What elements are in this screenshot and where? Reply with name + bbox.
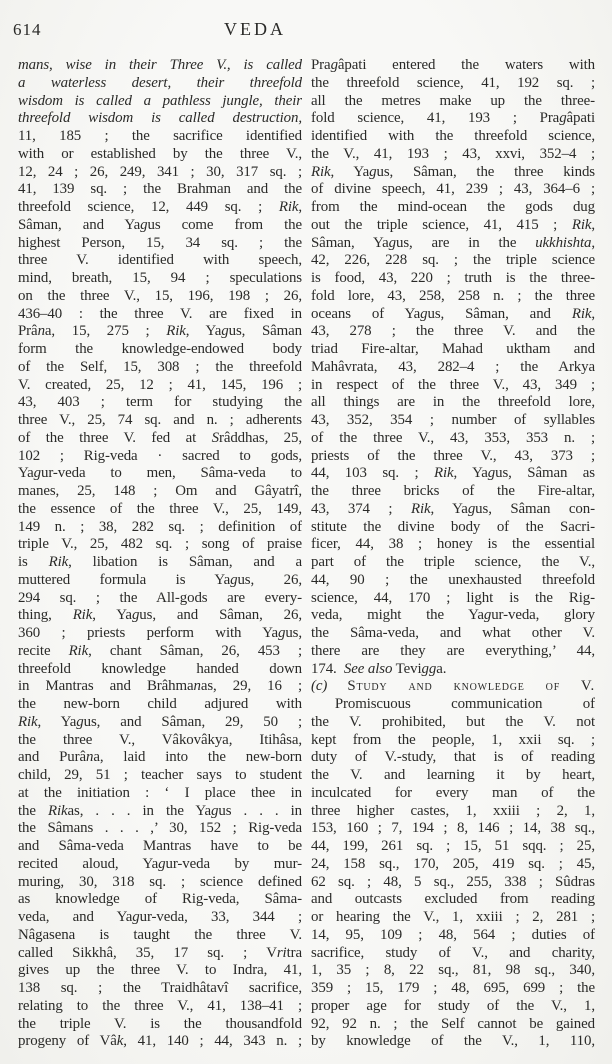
- text-line: 294 sq. ; the All-gods are every-: [18, 590, 302, 608]
- text-line: highest Person, 15, 34 sq. ; the: [18, 235, 302, 253]
- text-line: 42, 226, 228 sq. ; the triple science: [311, 252, 595, 270]
- text-line: triad Fire-altar, Mahad uktham and: [311, 341, 595, 359]
- text-line: of the three V., 43, 353, 353 n. ;: [311, 430, 595, 448]
- text-line: science, 44, 170 ; light is the Rig-: [311, 590, 595, 608]
- text-line: the threefold science, 41, 192 sq. ;: [311, 75, 595, 93]
- text-line: the V. and learning it by heart,: [311, 767, 595, 785]
- text-line: progeny of Vâk, 41, 140 ; 44, 343 n. ;: [18, 1033, 302, 1051]
- text-line: threefold science, 12, 449 sq. ; Rik,: [18, 199, 302, 217]
- text-line: is Rik, libation is Sâman, and a: [18, 554, 302, 572]
- text-line: priests of the three V., 43, 373 ;: [311, 448, 595, 466]
- text-line: of divine speech, 41, 239 ; 43, 364–6 ;: [311, 181, 595, 199]
- text-line: at the initiation : ‘ I place thee in: [18, 785, 302, 803]
- text-line: as knowledge of Rig-veda, Sâma-: [18, 891, 302, 909]
- text-line: veda, and Yagur-veda, 33, 344 ;: [18, 909, 302, 927]
- text-line: 153, 160 ; 7, 194 ; 8, 146 ; 14, 38 sq.,: [311, 820, 595, 838]
- text-line: 360 ; priests perform with Yagus,: [18, 625, 302, 643]
- text-line: 92, 92 n. ; the Self cannot be gained: [311, 1016, 595, 1034]
- text-line: part of the triple science, the V.,: [311, 554, 595, 572]
- text-line: Yagur-veda to men, Sâma-veda to: [18, 465, 302, 483]
- text-line: proper age for study of the V., 1,: [311, 998, 595, 1016]
- text-line: Rik, Yagus, and Sâman, 29, 50 ;: [18, 714, 302, 732]
- text-line: is food, 43, 220 ; truth is the three-: [311, 270, 595, 288]
- text-line: the V. prohibited, but the V. not: [311, 714, 595, 732]
- text-line: on the three V., 15, 196, 198 ; 26,: [18, 288, 302, 306]
- text-line: three V., 25, 74 sq. and n. ; adherents: [18, 412, 302, 430]
- text-line: 62 sq. ; 48, 5 sq., 255, 338 ; Sûdras: [311, 874, 595, 892]
- text-line: wisdom is called a pathless jungle, thei…: [18, 93, 302, 111]
- text-line: oceans of Yagus, Sâman, and Rik,: [311, 306, 595, 324]
- text-line: Promiscuous communication of: [311, 696, 595, 714]
- text-line: three higher castes, 1, xxiii ; 2, 1,: [311, 803, 595, 821]
- text-line: recited aloud, Yagur-veda by mur-: [18, 856, 302, 874]
- text-line: with or established by the three V.,: [18, 146, 302, 164]
- text-line: triple V., 25, 482 sq. ; song of praise: [18, 536, 302, 554]
- text-line: 436–40 : the three V. are fixed in: [18, 306, 302, 324]
- text-line: manes, 25, 148 ; Om and Gâyatrî,: [18, 483, 302, 501]
- text-line: or hearing the V., 1, xxiii ; 2, 281 ;: [311, 909, 595, 927]
- text-line: form the knowledge-endowed body: [18, 341, 302, 359]
- text-line: all things are in the threefold lore,: [311, 394, 595, 412]
- text-line: the new-born child adjured with: [18, 696, 302, 714]
- text-line: and outcasts excluded from reading: [311, 891, 595, 909]
- text-line: mans, wise in their Three V., is called: [18, 57, 302, 75]
- text-line: Sâman, Yagus, are in the ukkhishta,: [311, 235, 595, 253]
- text-columns: mans, wise in their Three V., is calleda…: [18, 57, 595, 1053]
- text-line: 41, 139 sq. ; the Brahman and the: [18, 181, 302, 199]
- text-line: in Mantras and Brâhmanas, 29, 16 ;: [18, 678, 302, 696]
- text-line: 44, 199, 261 sq. ; 15, 51 sqq. ; 25,: [311, 838, 595, 856]
- text-line: 138 sq. ; the Traidhâtavî sacrifice,: [18, 980, 302, 998]
- text-line: from the mind-ocean the gods dug: [311, 199, 595, 217]
- text-line: all the metres make up the three-: [311, 93, 595, 111]
- text-line: 149 n. ; 38, 282 sq. ; definition of: [18, 519, 302, 537]
- text-line: 44, 90 ; the unexhausted threefold: [311, 572, 595, 590]
- text-line: sacrifice, study of V., and charity,: [311, 945, 595, 963]
- text-line: the Rikas, . . . in the Yagus . . . in: [18, 803, 302, 821]
- text-line: muttered formula is Yagus, 26,: [18, 572, 302, 590]
- text-line: stitute the divine body of the Sacri-: [311, 519, 595, 537]
- text-line: inculcated for every man of the: [311, 785, 595, 803]
- text-line: duty of V.-study, that is of reading: [311, 749, 595, 767]
- text-line: kept from the people, 1, xxii sq. ;: [311, 732, 595, 750]
- text-line: three V. identified with speech,: [18, 252, 302, 270]
- text-line: and Purâna, laid into the new-born: [18, 749, 302, 767]
- text-line: gives up the three V. to Indra, 41,: [18, 962, 302, 980]
- text-line: 24, 158 sq., 170, 205, 419 sq. ; 45,: [311, 856, 595, 874]
- text-line: the Sâma-veda, and what other V.: [311, 625, 595, 643]
- text-line: 174. See also Tevigga.: [311, 661, 595, 679]
- text-line: 14, 95, 109 ; 48, 564 ; duties of: [311, 927, 595, 945]
- text-line: identified with the threefold science,: [311, 128, 595, 146]
- text-line: called Sikkhâ, 35, 17 sq. ; Vritra: [18, 945, 302, 963]
- text-line: fold science, 41, 193 ; Pragâpati: [311, 110, 595, 128]
- text-line: the Sâmans . . . ,’ 30, 152 ; Rig-veda: [18, 820, 302, 838]
- text-line: Prâna, 15, 275 ; Rik, Yagus, Sâman: [18, 323, 302, 341]
- text-line: veda, might the Yagur-veda, glory: [311, 607, 595, 625]
- text-line: the triple V. is the thousandfold: [18, 1016, 302, 1034]
- text-line: relating to the three V., 41, 138–41 ;: [18, 998, 302, 1016]
- text-line: the essence of the three V., 25, 149,: [18, 501, 302, 519]
- text-line: the three bricks of the Fire-altar,: [311, 483, 595, 501]
- text-line: Pragâpati entered the waters with: [311, 57, 595, 75]
- text-line: by knowledge of the V., 1, 110,: [311, 1033, 595, 1051]
- text-line: 43, 352, 354 ; number of syllables: [311, 412, 595, 430]
- text-line: 12, 24 ; 26, 249, 341 ; 30, 317 sq. ;: [18, 164, 302, 182]
- text-line: 102 ; Rig-veda · sacred to gods,: [18, 448, 302, 466]
- text-line: a waterless desert, their threefold: [18, 75, 302, 93]
- text-line: 359 ; 15, 179 ; 48, 695, 699 ; the: [311, 980, 595, 998]
- text-line: 43, 278 ; the three V. and the: [311, 323, 595, 341]
- text-line: there are they are everything,’ 44,: [311, 643, 595, 661]
- text-line: muring, 30, 318 sq. ; science defined: [18, 874, 302, 892]
- text-line: Rik, Yagus, Sâman, the three kinds: [311, 164, 595, 182]
- text-line: (c) Study and knowledge of V.: [311, 678, 595, 696]
- text-line: 43, 403 ; term for studying the: [18, 394, 302, 412]
- text-line: the three V., Vâkovâkya, Itihâsa,: [18, 732, 302, 750]
- text-line: mind, breath, 15, 94 ; speculations: [18, 270, 302, 288]
- text-line: thing, Rik, Yagus, and Sâman, 26,: [18, 607, 302, 625]
- running-head: VEDA: [189, 19, 321, 40]
- text-line: threefold wisdom is called destruction,: [18, 110, 302, 128]
- text-line: 43, 374 ; Rik, Yagus, Sâman con-: [311, 501, 595, 519]
- text-line: 11, 185 ; the sacrifice identified: [18, 128, 302, 146]
- text-line: Sâman, and Yagus come from the: [18, 217, 302, 235]
- text-line: child, 29, 51 ; teacher says to student: [18, 767, 302, 785]
- text-line: Mahâvrata, 43, 282–4 ; the Arkya: [311, 359, 595, 377]
- text-line: recite Rik, chant Sâman, 26, 453 ;: [18, 643, 302, 661]
- text-line: out the triple science, 41, 415 ; Rik,: [311, 217, 595, 235]
- text-line: threefold knowledge handed down: [18, 661, 302, 679]
- book-page: 614 VEDA mans, wise in their Three V., i…: [0, 0, 612, 1064]
- text-line: in respect of the three V., 43, 349 ;: [311, 377, 595, 395]
- text-line: ficer, 44, 38 ; honey is the essential: [311, 536, 595, 554]
- text-line: 1, 35 ; 8, 22 sq., 81, 98 sq., 340,: [311, 962, 595, 980]
- text-line: Nâgasena is taught the three V.: [18, 927, 302, 945]
- text-line: fold lore, 43, 258, 258 n. ; the three: [311, 288, 595, 306]
- column-left: mans, wise in their Three V., is calleda…: [18, 57, 302, 1051]
- text-line: and Sâma-veda Mantras have to be: [18, 838, 302, 856]
- text-line: of the Self, 15, 308 ; the threefold: [18, 359, 302, 377]
- column-right: Pragâpati entered the waters withthe thr…: [311, 57, 595, 1051]
- text-line: the V., 41, 193 ; 43, xxvi, 352–4 ;: [311, 146, 595, 164]
- text-line: 44, 103 sq. ; Rik, Yagus, Sâman as: [311, 465, 595, 483]
- page-number: 614: [13, 20, 42, 40]
- text-line: V. created, 25, 12 ; 41, 145, 196 ;: [18, 377, 302, 395]
- text-line: of the three V. fed at Srâddhas, 25,: [18, 430, 302, 448]
